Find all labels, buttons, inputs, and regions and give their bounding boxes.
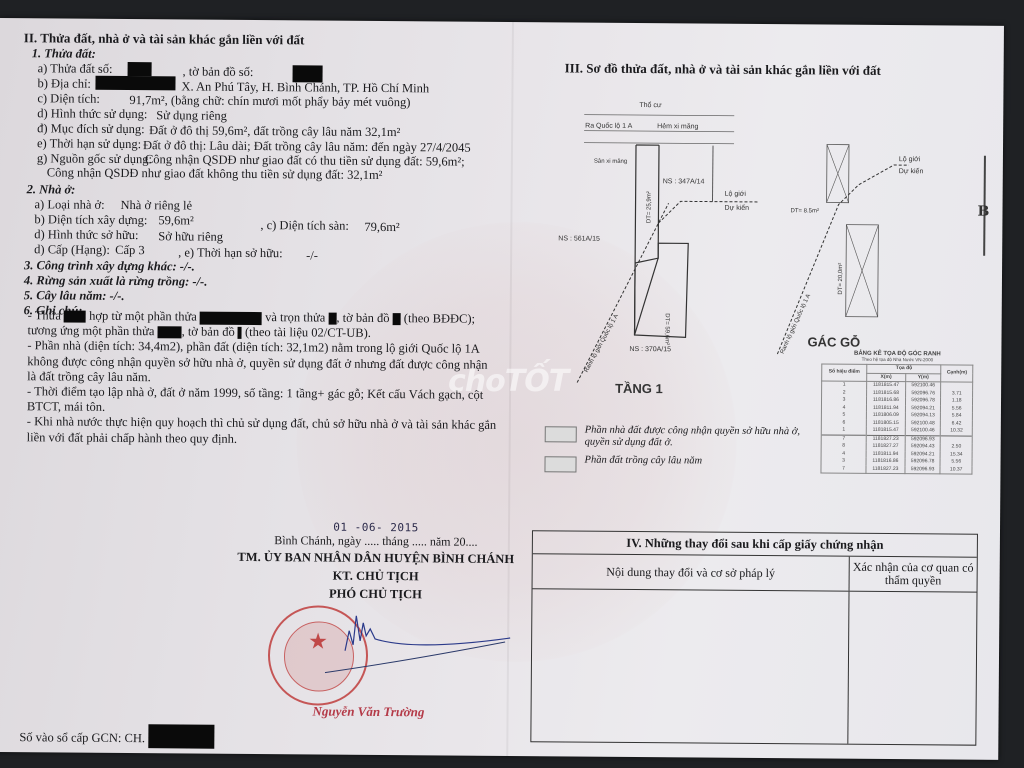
own-term-value: -/- xyxy=(306,248,318,262)
note-1-part-f: , tờ bản đồ xyxy=(182,325,235,339)
changes-col-confirm: Xác nhận của cơ quan có thẩm quyền xyxy=(850,557,977,592)
x-coord: 1181816.86 xyxy=(866,458,905,466)
house-type-value: Nhà ở riêng lẻ xyxy=(120,198,192,213)
grade-label: d) Cấp (Hạng): xyxy=(34,242,110,257)
ranh-label-1: Ranh lộ giới Quốc lộ 1 A xyxy=(584,314,620,374)
handwritten-signature xyxy=(325,611,516,682)
land-heading: 1. Thửa đất: xyxy=(32,46,96,62)
grade-value: Cấp 3 xyxy=(115,243,145,257)
note-4: - Khi nhà nước thực hiện quy hoạch thì c… xyxy=(27,415,497,449)
term-label: e) Thời hạn sử dụng: xyxy=(37,136,141,151)
redaction-note-parcels xyxy=(200,311,262,324)
floor-1-label: TẦNG 1 xyxy=(615,381,663,396)
redaction-note-part xyxy=(158,327,182,339)
usage-form-value: Sử dụng riêng xyxy=(156,108,227,123)
redaction-note-parcel xyxy=(64,311,86,323)
address-label: b) Địa chỉ: xyxy=(37,76,91,90)
ownership-value: Sở hữu riêng xyxy=(158,229,223,244)
redaction-parcel-no xyxy=(128,62,152,76)
build-area-value: 59,6m² xyxy=(158,213,193,227)
dt-1-label: DT= 25,9m² xyxy=(646,191,652,223)
du-kien-label: Dự kiến xyxy=(725,203,750,212)
x-coord: 1181827.23 xyxy=(866,435,905,443)
cement-yard-label: Sân xi măng xyxy=(594,159,627,165)
section-iv-title: IV. Những thay đổi sau khi cấp giấy chứn… xyxy=(533,531,977,557)
changes-content-cell xyxy=(531,589,849,743)
lo-gioi-label-2: Lộ giới xyxy=(899,156,921,163)
edge-letter: B xyxy=(977,204,989,220)
note-2: - Phần nhà (diện tích: 34,4m2), phần đất… xyxy=(27,339,497,388)
chotot-watermark: choTỐT xyxy=(448,364,568,399)
note-1-part-g: (theo tài liệu 02/CT-UB). xyxy=(245,325,371,340)
perennial-trees: 5. Cây lâu năm: -/-. xyxy=(24,288,125,304)
note-1-part-a: - Thửa xyxy=(28,308,61,322)
production-forest: 4. Rừng sản xuất là rừng trồng: -/-. xyxy=(24,273,208,289)
x-coord: 1181827.27 xyxy=(866,443,905,451)
y-coord: 592096.93 xyxy=(905,466,941,474)
area-value: 91,7m², (bằng chữ: chín mươi mốt phẩy bả… xyxy=(129,93,410,109)
note-1: - Thửa hợp từ một phần thửa và trọn thửa… xyxy=(27,308,497,342)
redaction-gcn xyxy=(148,724,214,749)
lo-gioi-label: Lộ giới xyxy=(725,191,747,198)
org-line-1: TM. ỦY BAN NHÂN DÂN HUYỆN BÌNH CHÁNH xyxy=(226,548,526,568)
redaction-note-whole xyxy=(328,313,336,325)
col-edge: Cạnh(m) xyxy=(941,365,973,382)
x-coord: 1181815.47 xyxy=(866,427,905,435)
ns-561-label: NS : 561A/15 xyxy=(558,235,600,242)
note-1-part-b: hợp từ một phần thửa xyxy=(89,309,197,324)
y-coord: 592094.13 xyxy=(905,412,941,420)
section-iii-title: III. Sơ đồ thửa đất, nhà ở và tài sản kh… xyxy=(565,60,881,78)
map-sheet-label: , tờ bản đồ số: xyxy=(183,64,254,79)
coord-table-subtitle: Theo hệ tọa độ Nhà Nước VN-2000 xyxy=(821,356,973,362)
legend-swatch xyxy=(544,456,576,472)
edge-length: 10.32 xyxy=(941,427,973,435)
area-label: c) Diện tích: xyxy=(37,91,100,105)
edge-length xyxy=(941,382,973,390)
y-coord: 592096.78 xyxy=(905,458,941,466)
build-area-label: b) Diện tích xây dựng: xyxy=(34,212,147,227)
road-label: Ra Quốc lộ 1 A xyxy=(585,121,632,130)
floor-area-value: 79,6m² xyxy=(364,220,399,234)
note-1-part-c: và trọn thửa xyxy=(265,310,325,324)
col-point: Số hiệu điểm xyxy=(822,364,867,381)
du-kien-label-2: Dự kiến xyxy=(899,166,924,175)
y-coord: 592100.46 xyxy=(905,427,941,435)
legend-swatch xyxy=(545,426,577,442)
y-coord: 592096.93 xyxy=(905,435,941,443)
ns-370-label: NS : 370A/15 xyxy=(629,346,671,353)
legend-label: Phần nhà đất được công nhận quyền sở hữu… xyxy=(585,425,805,451)
x-coord: 1181827.23 xyxy=(866,465,905,473)
note-1-part-d: , tờ bản đồ xyxy=(336,311,389,325)
col-x: X(m) xyxy=(867,373,906,382)
floor-area-label: , c) Diện tích sàn: xyxy=(260,218,349,233)
signature-block: 01 -06- 2015 Bình Chánh, ngày ..... thán… xyxy=(225,520,526,604)
mezzanine-label: GÁC GỖ xyxy=(807,334,860,349)
gcn-number-label: Số vào sổ cấp GCN: CH. xyxy=(19,730,145,746)
usage-form-label: d) Hình thức sử dụng: xyxy=(37,106,147,121)
x-coord: 1181806.09 xyxy=(866,412,905,420)
own-term-label: , e) Thời hạn sở hữu: xyxy=(178,245,283,260)
ownership-label: d) Hình thức sở hữu: xyxy=(34,227,138,242)
edge-length xyxy=(941,435,973,443)
origin-value-2: Công nhận QSDĐ như giao đất không thu ti… xyxy=(47,165,383,182)
dt-2-label: DT= 59,6m² xyxy=(663,313,669,345)
x-coord: 1181815.47 xyxy=(867,381,906,389)
changes-table: IV. Những thay đổi sau khi cấp giấy chứn… xyxy=(530,530,978,745)
redaction-note-map2 xyxy=(238,327,242,339)
edge-length: 10.37 xyxy=(940,466,972,474)
redaction-address xyxy=(95,76,175,91)
purpose-label: đ) Mục đích sử dụng: xyxy=(37,121,145,136)
house-type-label: a) Loại nhà ở: xyxy=(34,197,104,212)
changes-confirm-cell xyxy=(848,592,976,745)
x-coord: 1181816.86 xyxy=(867,397,906,405)
col-y: Y(m) xyxy=(905,373,941,382)
dt-4-label: DT= 20,0m² xyxy=(838,263,844,295)
coordinate-table: BẢNG KÊ TỌA ĐỘ GÓC RANH Theo hệ tọa độ N… xyxy=(820,350,973,474)
origin-label: g) Nguồn gốc sử dụng: xyxy=(37,151,152,166)
notes-body: - Thửa hợp từ một phần thửa và trọn thửa… xyxy=(27,308,498,449)
changes-col-content: Nội dung thay đổi và cơ sở pháp lý xyxy=(533,554,850,590)
house-heading: 2. Nhà ở: xyxy=(27,182,76,197)
org-line-3: PHÓ CHỦ TỊCH xyxy=(225,584,525,604)
note-3: - Thời điểm tạo lập nhà ở, đất ở năm 199… xyxy=(27,384,497,418)
purpose-value: Đất ở đô thị 59,6m², đất trồng cây lâu n… xyxy=(149,123,400,139)
dt-3-label: DT= 8.5m² xyxy=(790,208,819,214)
parcel-no-label: a) Thửa đất số: xyxy=(38,61,113,76)
y-coord: 592094.43 xyxy=(905,443,941,451)
signer-name: Nguyễn Văn Trường xyxy=(313,703,425,720)
ns-347-label: NS : 347A/14 xyxy=(663,178,705,185)
redaction-note-map xyxy=(393,313,401,325)
y-coord: 592100.46 xyxy=(905,382,941,390)
coord-row: 71181827.23592096.9310.37 xyxy=(821,465,972,474)
alley-label: Hẻm xi măng xyxy=(657,123,698,130)
other-construction: 3. Công trình xây dựng khác: -/-. xyxy=(24,258,195,274)
y-coord: 592096.78 xyxy=(905,397,941,405)
tho-cu-label: Thổ cư xyxy=(639,101,662,109)
point-id: 7 xyxy=(821,465,866,473)
org-line-2: KT. CHỦ TỊCH xyxy=(226,566,526,586)
legend-label: Phần đất trồng cây lâu năm xyxy=(584,455,804,469)
